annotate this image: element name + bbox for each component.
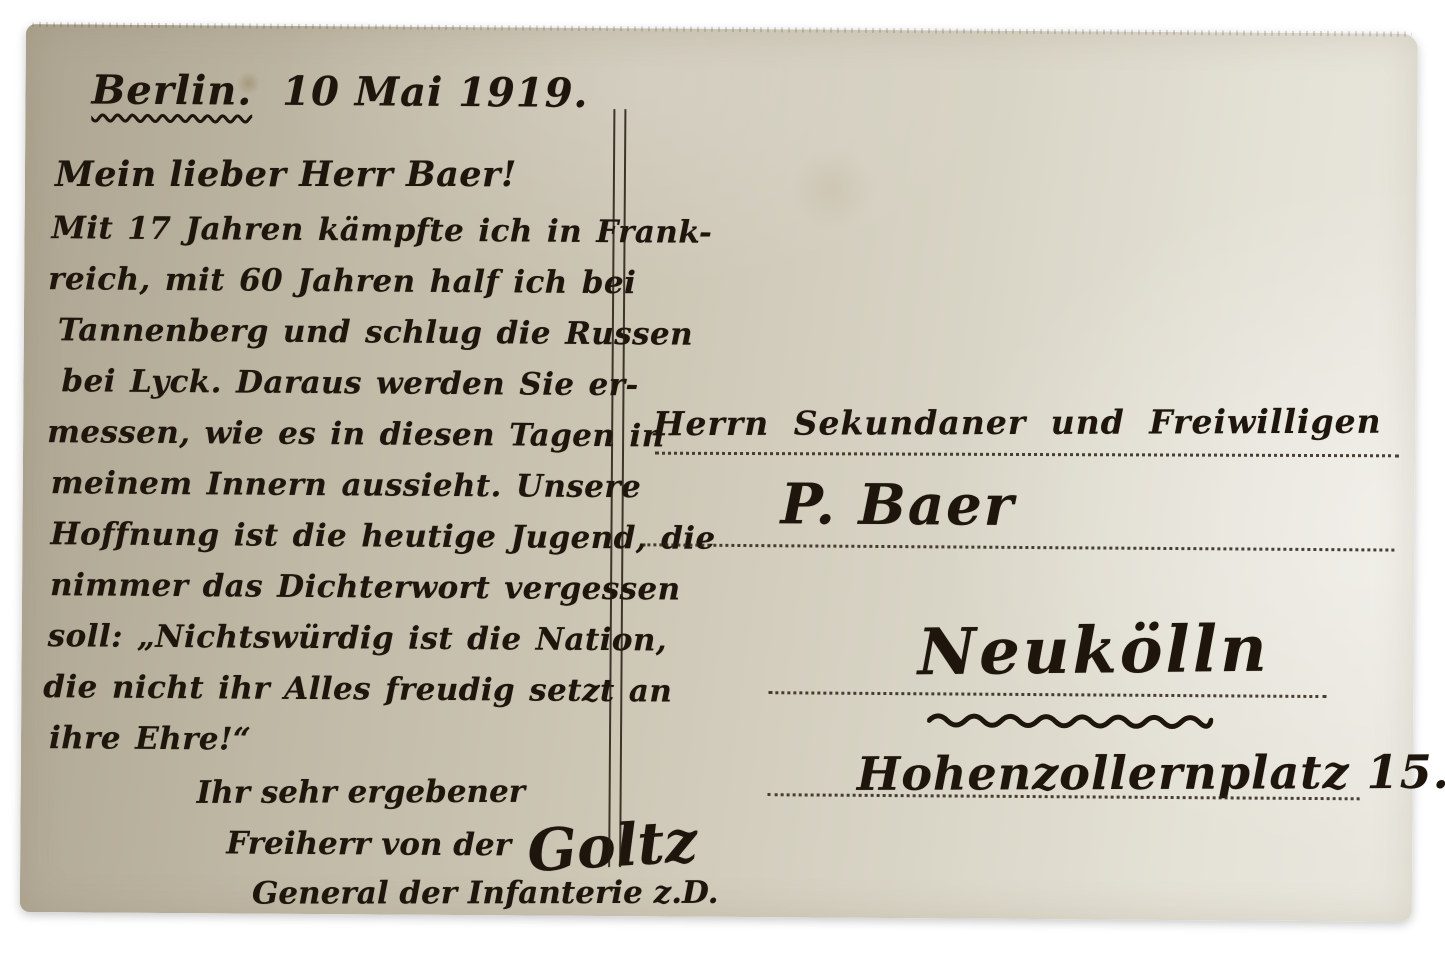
closing: Ihr sehr ergebener [197, 774, 526, 811]
city-underline-squiggle [927, 708, 1213, 730]
recipient-name: P. Baer [780, 471, 1015, 539]
address-street: Hohenzollernplatz 15. [857, 745, 1445, 801]
message-panel: Berlin.10 Mai 1919. Mein lieber Herr Bae… [26, 24, 1418, 34]
dateline-date: 10 Mai 1919. [282, 68, 588, 117]
message-line: Tannenberg und schlug die Russen [58, 312, 693, 352]
message-line: ihre Ehre!“ [49, 720, 251, 757]
postcard-photo: Berlin.10 Mai 1919. Mein lieber Herr Bae… [0, 0, 1445, 963]
address-panel: Herrn Sekundaner und Freiwilligen P. Bae… [26, 24, 1418, 34]
address-rule-2 [642, 543, 1394, 551]
dateline: Berlin.10 Mai 1919. [91, 66, 588, 116]
salutation: Mein lieber Herr Baer! [55, 154, 517, 195]
address-city: Neukölln [917, 612, 1270, 691]
message-line: nimmer das Dichterwort vergessen [50, 567, 681, 607]
postcard: Berlin.10 Mai 1919. Mein lieber Herr Bae… [20, 24, 1418, 922]
message-line: meinem Innern aussieht. Unsere [51, 465, 642, 505]
message-line: bei Lyck. Daraus werden Sie er- [61, 363, 639, 403]
message-line: die nicht ihr Alles freudig setzt an [43, 669, 672, 709]
message-line: messen, wie es in diesen Tagen in [47, 414, 665, 454]
message-line: reich, mit 60 Jahren half ich bei [48, 261, 636, 301]
recipient-title: Herrn Sekundaner und Freiwilligen [653, 402, 1381, 444]
message-line: soll: „Nichtswürdig ist die Nation, [48, 618, 668, 658]
dateline-city: Berlin. [91, 66, 252, 114]
signature-prefix: Freiherr von der [226, 825, 511, 863]
signature-title: General der Infanterie z.D. [252, 875, 719, 912]
address-rule-3 [768, 691, 1326, 698]
address-rule-1 [655, 452, 1399, 458]
